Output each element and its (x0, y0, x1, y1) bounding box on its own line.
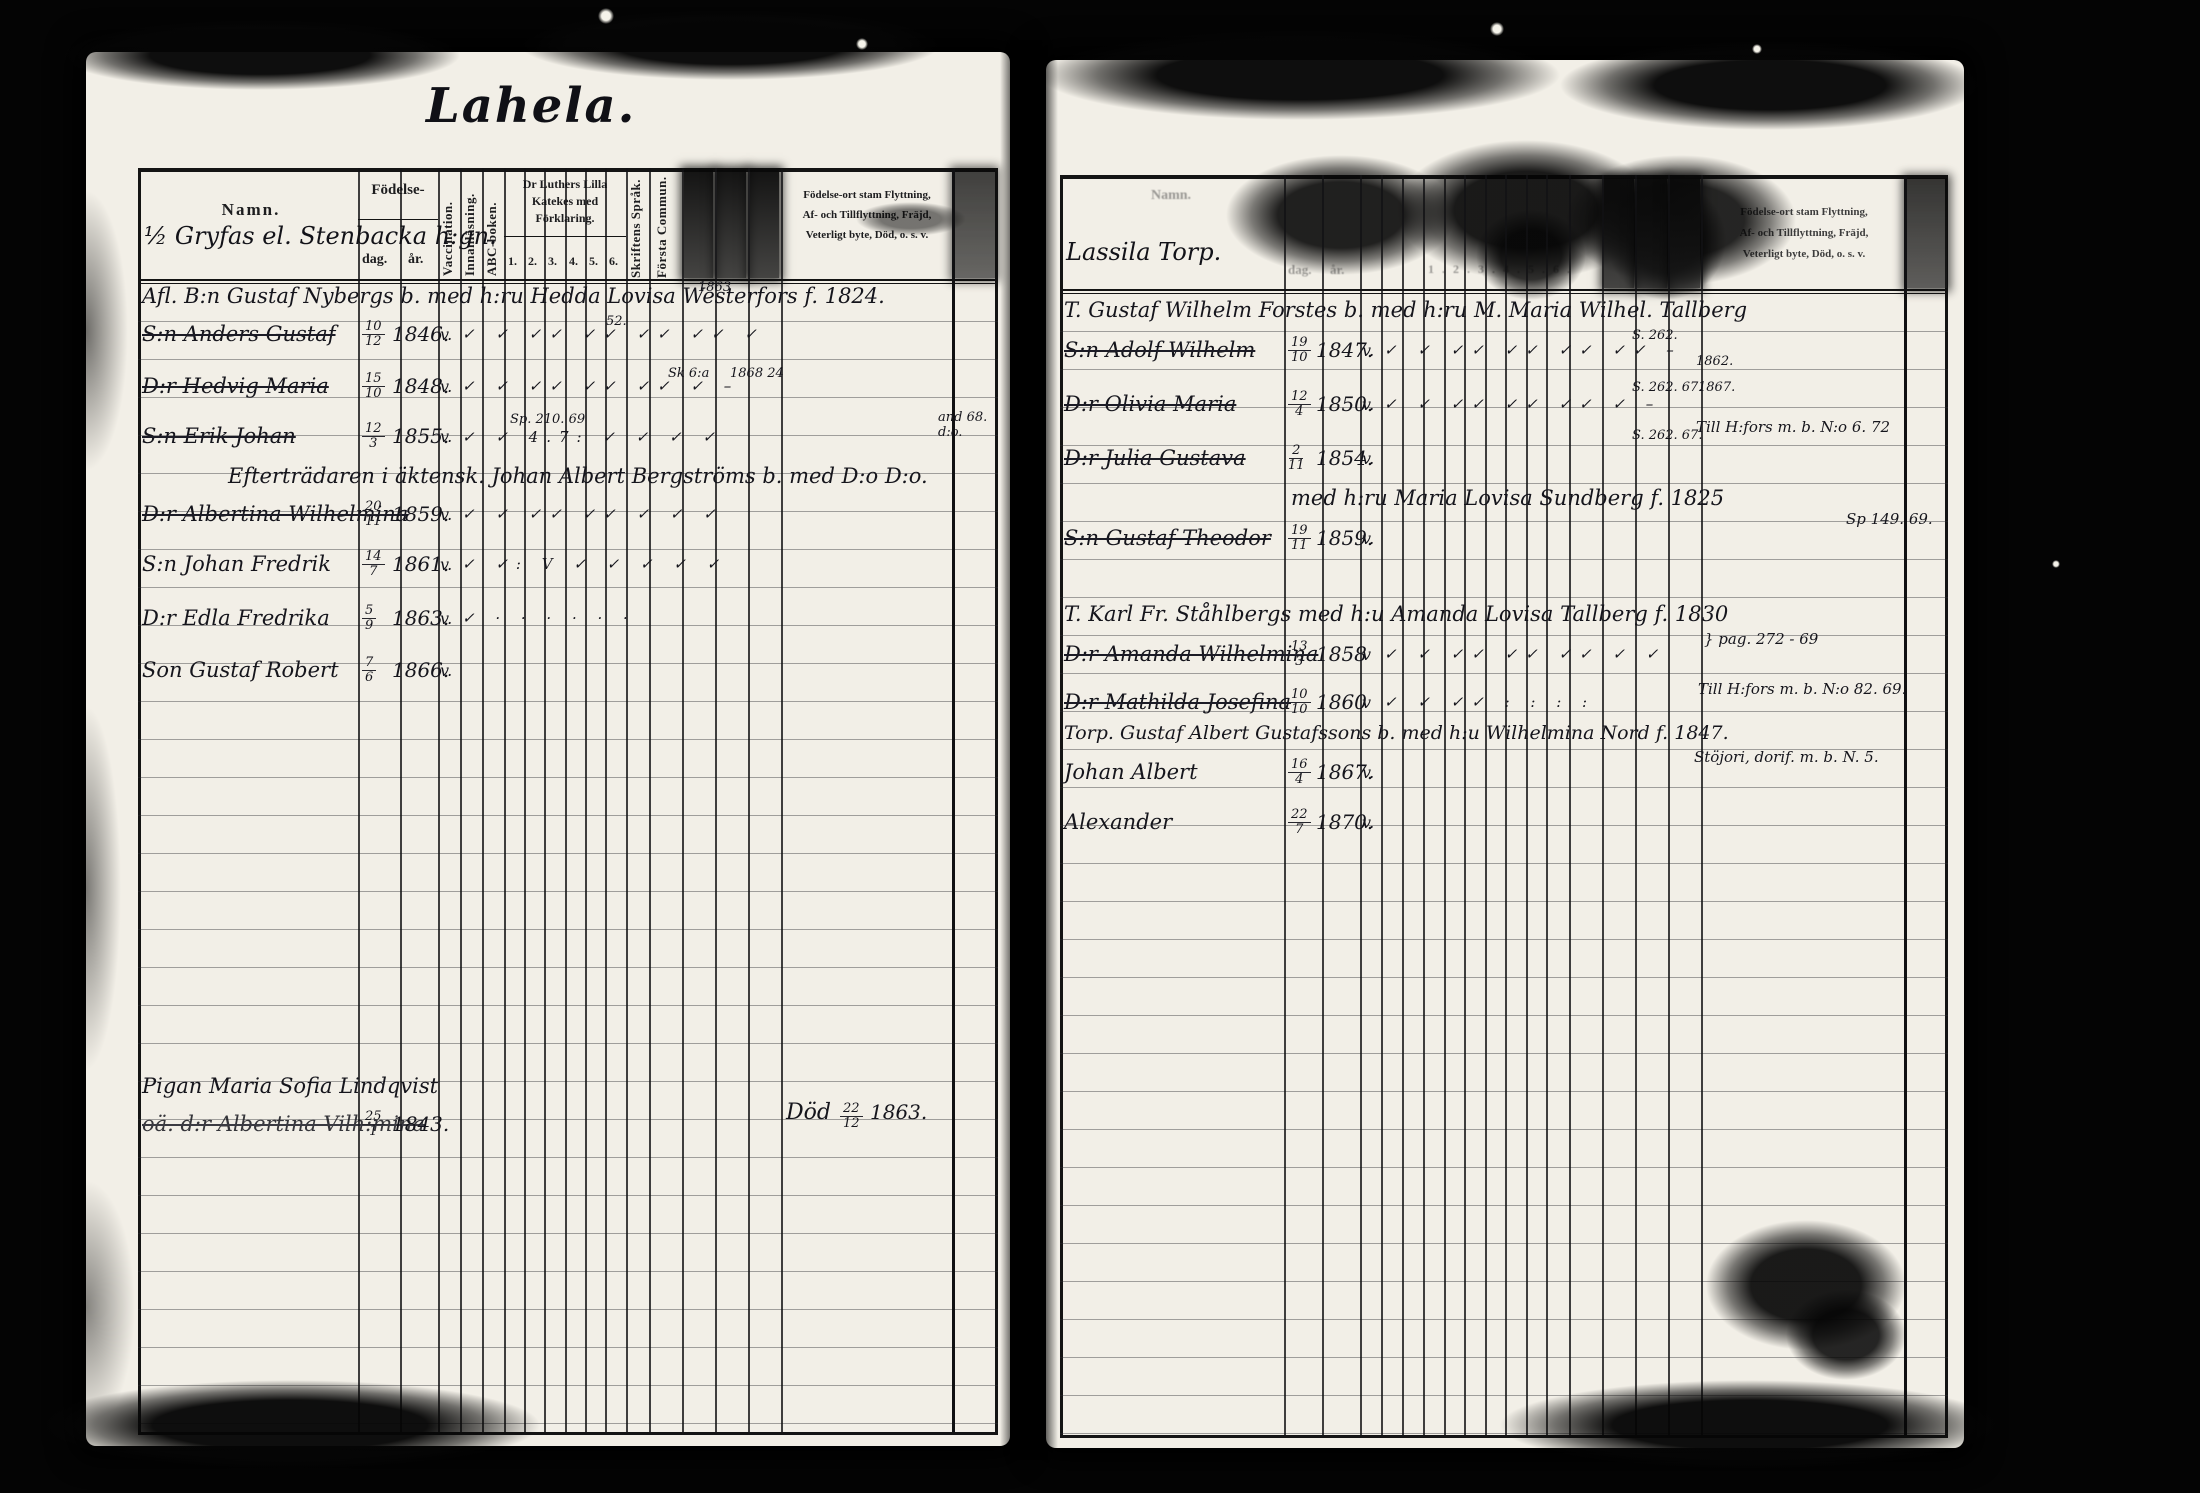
record-row: Johan Albert 164 1867. v. (1046, 760, 1964, 802)
margin-note: Sk 6:a (668, 366, 709, 381)
record-row: Torp. Gustaf Albert Gustafssons b. med h… (1046, 722, 1964, 764)
record-row: Efterträdaren i äktensk. Johan Albert Be… (86, 464, 1010, 506)
vaccination-mark: v. (440, 661, 452, 680)
household-header: T. Gustaf Wilhelm Forstes b. med h:ru M.… (1064, 298, 1747, 322)
dust-speck (1490, 22, 1504, 36)
person-name: S:n Adolf Wilhelm (1064, 338, 1255, 362)
record-row: D:r Hedvig Maria 1510 1848. v. ✓ ✓ ✓✓ ✓✓… (86, 374, 1010, 416)
person-name: D:r Amanda Wilhelmina (1064, 642, 1318, 666)
margin-note: 1863 (698, 280, 731, 295)
person-name: S:n Anders Gustaf (142, 322, 336, 346)
death-year: 1863. (870, 1100, 927, 1124)
page-gutter (1000, 40, 1058, 1460)
death-label: Död (786, 1100, 831, 1125)
margin-note: S. 262. (1632, 328, 1678, 343)
person-name: D:r Edla Fredrika (142, 606, 330, 630)
record-row: Alexander 227 1870. v. (1046, 810, 1964, 852)
examination-marks: ✓ ✓ ✓✓ ✓✓ ✓✓ ✓✓ – (1384, 341, 1682, 359)
dust-speck (856, 38, 868, 50)
record-row: S:n Johan Fredrik 147 1861. v. ✓ ✓: V ✓ … (86, 552, 1010, 594)
person-name: S:n Erik Johan (142, 424, 296, 448)
margin-note: 1867. (1698, 380, 1735, 395)
person-name: D:r Olivia Maria (1064, 392, 1236, 416)
vaccination-mark: v. (440, 609, 452, 628)
dust-speck (598, 8, 614, 24)
remark: Till H:fors m. b. N:o 82. 69. (1698, 680, 1906, 698)
page-title: Lahela. (426, 78, 636, 134)
household-header: Efterträdaren i äktensk. Johan Albert Be… (228, 464, 928, 488)
person-name: D:r Mathilda Josefina (1064, 690, 1291, 714)
record-row: S:n Erik Johan 123 1855. v. ✓ ✓ 4.7: ✓ ✓… (86, 424, 1010, 466)
record-row: S:n Adolf Wilhelm 1910 1847. v. ✓ ✓ ✓✓ ✓… (1046, 338, 1964, 380)
record-row: S:n Gustaf Theodor 1911 1859. v. Sp 149.… (1046, 526, 1964, 568)
table-border-bottom (138, 1432, 998, 1435)
record-row: Son Gustaf Robert 76 1866. v. (86, 658, 1010, 700)
margin-note: S. 262. 67. (1632, 380, 1702, 395)
examination-marks: ✓ ✓ ✓✓ ✓✓ ✓✓ ✓ ✓ (1384, 645, 1666, 663)
margin-note: 1868 24 (730, 366, 784, 381)
birth-year: 1860 (1316, 690, 1367, 714)
dust-speck (2052, 560, 2060, 568)
vaccination-mark: v. (440, 377, 452, 396)
birth-year: 1858 (1316, 642, 1367, 666)
vaccination-mark: v. (1362, 529, 1374, 548)
vaccination-mark: v. (1362, 763, 1374, 782)
remark: } pag. 272 - 69 (1704, 630, 1818, 648)
person-name: D:r Hedvig Maria (142, 374, 329, 398)
examination-marks: ✓ ✓: V ✓ ✓ ✓ ✓ ✓ (462, 555, 727, 573)
page-right: Namn. dag. år. 1.2.3.4.5.6. Födelse-ort … (1046, 60, 1964, 1448)
margin-note: 1862. (1696, 354, 1733, 369)
vaccination-mark: v. (1362, 449, 1374, 468)
remark: Till H:fors m. b. N:o 6. 72 (1696, 418, 1890, 436)
vaccination-mark: v (1362, 693, 1371, 712)
margin-note: S. 262. 67. (1632, 428, 1702, 443)
dust-speck (1752, 44, 1762, 54)
margin-note: and 68. d:o. (938, 410, 998, 440)
household-header: Afl. B:n Gustaf Nybergs b. med h:ru Hedd… (142, 284, 885, 308)
death-note: Död 2212 1863. (86, 1100, 1010, 1142)
examination-marks: ✓ ✓ 4.7: ✓ ✓ ✓ ✓ (462, 428, 723, 446)
vaccination-mark: v. (440, 325, 452, 344)
record-row: T. Karl Fr. Ståhlbergs med h:u Amanda Lo… (1046, 602, 1964, 644)
record-row: D:r Albertina Wilhelmina 2011 1859. v. ✓… (86, 502, 1010, 544)
examination-marks: ✓ ✓ ✓✓ ✓✓ ✓✓ ✓ – (1384, 395, 1661, 413)
record-row: D:r Amanda Wilhelmina 133 1858 v ✓ ✓ ✓✓ … (1046, 642, 1964, 684)
vaccination-mark: v. (440, 555, 452, 574)
margin-note: Sp. 210. 69 (510, 412, 585, 427)
vaccination-mark: v. (1362, 341, 1374, 360)
record-row: Afl. B:n Gustaf Nybergs b. med h:ru Hedd… (86, 284, 1010, 326)
person-name: Pigan Maria Sofia Lindqvist (142, 1074, 438, 1098)
household-header: T. Karl Fr. Ståhlbergs med h:u Amanda Lo… (1064, 602, 1728, 626)
record-row: D:r Edla Fredrika 59 1863. v. ✓ · · · · … (86, 606, 1010, 648)
person-name: Johan Albert (1064, 760, 1198, 784)
record-row: med h:ru Maria Lovisa Sundberg f. 1825 (1046, 486, 1964, 528)
person-name: Alexander (1064, 810, 1172, 834)
table-border-bottom (1060, 1435, 1948, 1438)
household-header: Torp. Gustaf Albert Gustafssons b. med h… (1064, 722, 1729, 744)
person-name: S:n Gustaf Theodor (1064, 526, 1271, 550)
remark: Sp 149. 69. (1846, 510, 1933, 528)
person-name: D:r Julia Gustava (1064, 446, 1246, 470)
page-left: Lahela. Namn. Födelse- dag. år. Vaccinat… (86, 52, 1010, 1446)
examination-marks: ✓ ✓ ✓✓ ✓✓ ✓ ✓ ✓ (462, 505, 724, 523)
examination-marks: ✓ ✓ ✓✓ ✓✓ ✓✓ ✓✓ ✓ (462, 325, 765, 343)
record-row: D:r Julia Gustava 211 1854. v. S. 262. 6… (1046, 446, 1964, 488)
record-row: S:n Anders Gustaf 1012 1846. v. ✓ ✓ ✓✓ ✓… (86, 322, 1010, 364)
vaccination-mark: v. (1362, 395, 1374, 414)
record-row: T. Gustaf Wilhelm Forstes b. med h:ru M.… (1046, 298, 1964, 340)
household-header: med h:ru Maria Lovisa Sundberg f. 1825 (1291, 486, 1724, 510)
person-name: Son Gustaf Robert (142, 658, 339, 682)
examination-marks: ✓ · · · · · · (462, 609, 636, 627)
vaccination-mark: v. (440, 505, 452, 524)
person-name: S:n Johan Fredrik (142, 552, 331, 576)
examination-marks: ✓ ✓ ✓✓ : : : : (1384, 693, 1595, 711)
vaccination-mark: v (1362, 645, 1371, 664)
ledger-scan: Lahela. Namn. Födelse- dag. år. Vaccinat… (0, 0, 2200, 1493)
vaccination-mark: v. (440, 427, 452, 446)
vaccination-mark: v. (1362, 813, 1374, 832)
